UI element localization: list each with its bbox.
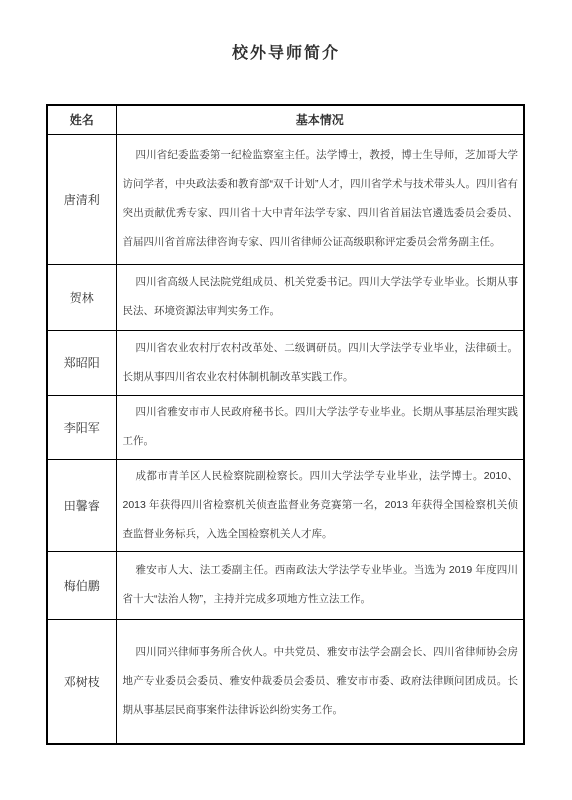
mentor-name-cell: 唐清利: [47, 134, 116, 264]
mentor-info-text: 四川省纪委监委第一纪检监察室主任。法学博士，教授，博士生导师，芝加哥大学访问学者…: [123, 141, 519, 257]
mentor-name-cell: 李阳军: [47, 395, 116, 459]
mentor-name-cell: 田馨睿: [47, 459, 116, 551]
mentor-info-text: 四川省雅安市市人民政府秘书长。四川大学法学专业毕业。长期从事基层治理实践工作。: [123, 398, 519, 456]
table-row: 李阳军 四川省雅安市市人民政府秘书长。四川大学法学专业毕业。长期从事基层治理实践…: [47, 395, 524, 459]
mentor-info-text: 四川省农业农村厅农村改革处、二级调研员。四川大学法学专业毕业，法律硕士。长期从事…: [123, 334, 519, 392]
table-row: 田馨睿 成都市青羊区人民检察院副检察长。四川大学法学专业毕业，法学博士。2010…: [47, 459, 524, 551]
mentor-name-cell: 贺林: [47, 264, 116, 330]
mentor-info-cell: 四川省雅安市市人民政府秘书长。四川大学法学专业毕业。长期从事基层治理实践工作。: [116, 395, 524, 459]
table-row: 贺林 四川省高级人民法院党组成员、机关党委书记。四川大学法学专业毕业。长期从事民…: [47, 264, 524, 330]
table-row: 梅伯鹏 雅安市人大、法工委副主任。西南政法大学法学专业毕业。当选为 2019 年…: [47, 551, 524, 619]
mentor-info-cell: 四川省纪委监委第一纪检监察室主任。法学博士，教授，博士生导师，芝加哥大学访问学者…: [116, 134, 524, 264]
table-row: 邓树枝 四川同兴律师事务所合伙人。中共党员、雅安市法学会副会长、四川省律师协会房…: [47, 619, 524, 744]
column-header-basic-info: 基本情况: [116, 105, 524, 134]
mentor-info-text: 成都市青羊区人民检察院副检察长。四川大学法学专业毕业，法学博士。2010、201…: [123, 462, 519, 549]
mentor-info-text: 雅安市人大、法工委副主任。西南政法大学法学专业毕业。当选为 2019 年度四川省…: [123, 556, 519, 614]
mentor-info-cell: 雅安市人大、法工委副主任。西南政法大学法学专业毕业。当选为 2019 年度四川省…: [116, 551, 524, 619]
mentors-table: 姓名 基本情况 唐清利 四川省纪委监委第一纪检监察室主任。法学博士，教授，博士生…: [46, 104, 525, 745]
document-page: 校外导师简介 姓名 基本情况 唐清利 四川省纪委监委第一纪检监察室主任。法学博士…: [0, 0, 572, 800]
mentor-name-cell: 郑昭阳: [47, 330, 116, 395]
mentor-name-cell: 邓树枝: [47, 619, 116, 744]
mentor-info-cell: 四川省高级人民法院党组成员、机关党委书记。四川大学法学专业毕业。长期从事民法、环…: [116, 264, 524, 330]
table-row: 郑昭阳 四川省农业农村厅农村改革处、二级调研员。四川大学法学专业毕业，法律硕士。…: [47, 330, 524, 395]
mentor-info-cell: 成都市青羊区人民检察院副检察长。四川大学法学专业毕业，法学博士。2010、201…: [116, 459, 524, 551]
mentor-info-cell: 四川同兴律师事务所合伙人。中共党员、雅安市法学会副会长、四川省律师协会房地产专业…: [116, 619, 524, 744]
page-title: 校外导师简介: [0, 40, 572, 63]
mentor-name-cell: 梅伯鹏: [47, 551, 116, 619]
mentor-info-cell: 四川省农业农村厅农村改革处、二级调研员。四川大学法学专业毕业，法律硕士。长期从事…: [116, 330, 524, 395]
mentor-info-text: 四川同兴律师事务所合伙人。中共党员、雅安市法学会副会长、四川省律师协会房地产专业…: [123, 638, 519, 725]
table-header-row: 姓名 基本情况: [47, 105, 524, 134]
table-row: 唐清利 四川省纪委监委第一纪检监察室主任。法学博士，教授，博士生导师，芝加哥大学…: [47, 134, 524, 264]
column-header-name: 姓名: [47, 105, 116, 134]
mentor-info-text: 四川省高级人民法院党组成员、机关党委书记。四川大学法学专业毕业。长期从事民法、环…: [123, 268, 519, 326]
